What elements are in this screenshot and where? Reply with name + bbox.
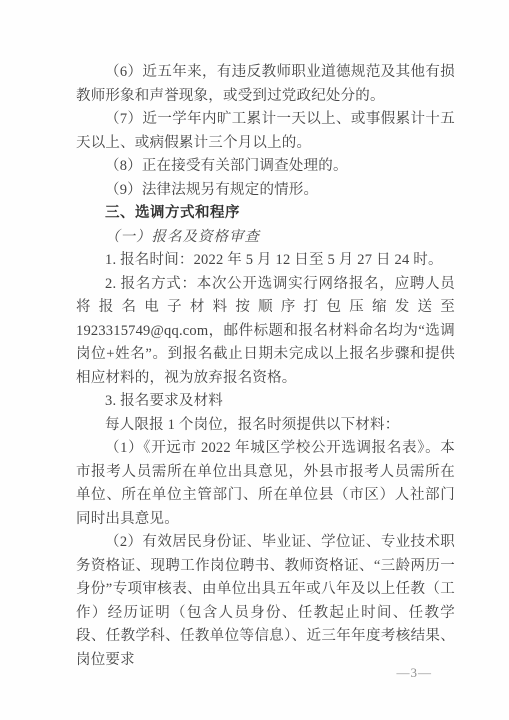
page-number: —3— [397, 664, 433, 682]
paragraph-body: （7）近一学年内旷工累计一天以上、或事假累计十五天以上、或病假累计三个月以上的。 [76, 108, 455, 155]
paragraph-body: （6）近五年来，有违反教师职业道德规范及其他有损教师形象和声誉现象，或受到过党政… [76, 61, 455, 108]
document-page: （6）近五年来，有违反教师职业道德规范及其他有损教师形象和声誉现象，或受到过党政… [0, 0, 509, 720]
document-content: （6）近五年来，有违反教师职业道德规范及其他有损教师形象和声誉现象，或受到过党政… [76, 61, 455, 672]
paragraph-body: 每人限报 1 个岗位，报名时须提供以下材料： [76, 414, 455, 438]
paragraph-body: （9）法律法规另有规定的情形。 [76, 179, 455, 203]
paragraph-heading: 三、选调方式和程序 [76, 202, 455, 226]
paragraph-body: 3. 报名要求及材料 [76, 390, 455, 414]
paragraph-body: （1）《开远市 2022 年城区学校公开选调报名表》。本市报考人员需所在单位出具… [76, 437, 455, 531]
paragraph-body: （2）有效居民身份证、毕业证、学位证、专业技术职务资格证、现聘工作岗位聘书、教师… [76, 531, 455, 672]
paragraph-body: 1. 报名时间：2022 年 5 月 12 日至 5 月 27 日 24 时。 [76, 249, 455, 273]
paragraph-subheading: （一）报名及资格审查 [76, 226, 455, 250]
paragraph-body: 2. 报名方式：本次公开选调实行网络报名，应聘人员将报名电子材料按顺序打包压缩发… [76, 273, 455, 391]
paragraph-body: （8）正在接受有关部门调查处理的。 [76, 155, 455, 179]
